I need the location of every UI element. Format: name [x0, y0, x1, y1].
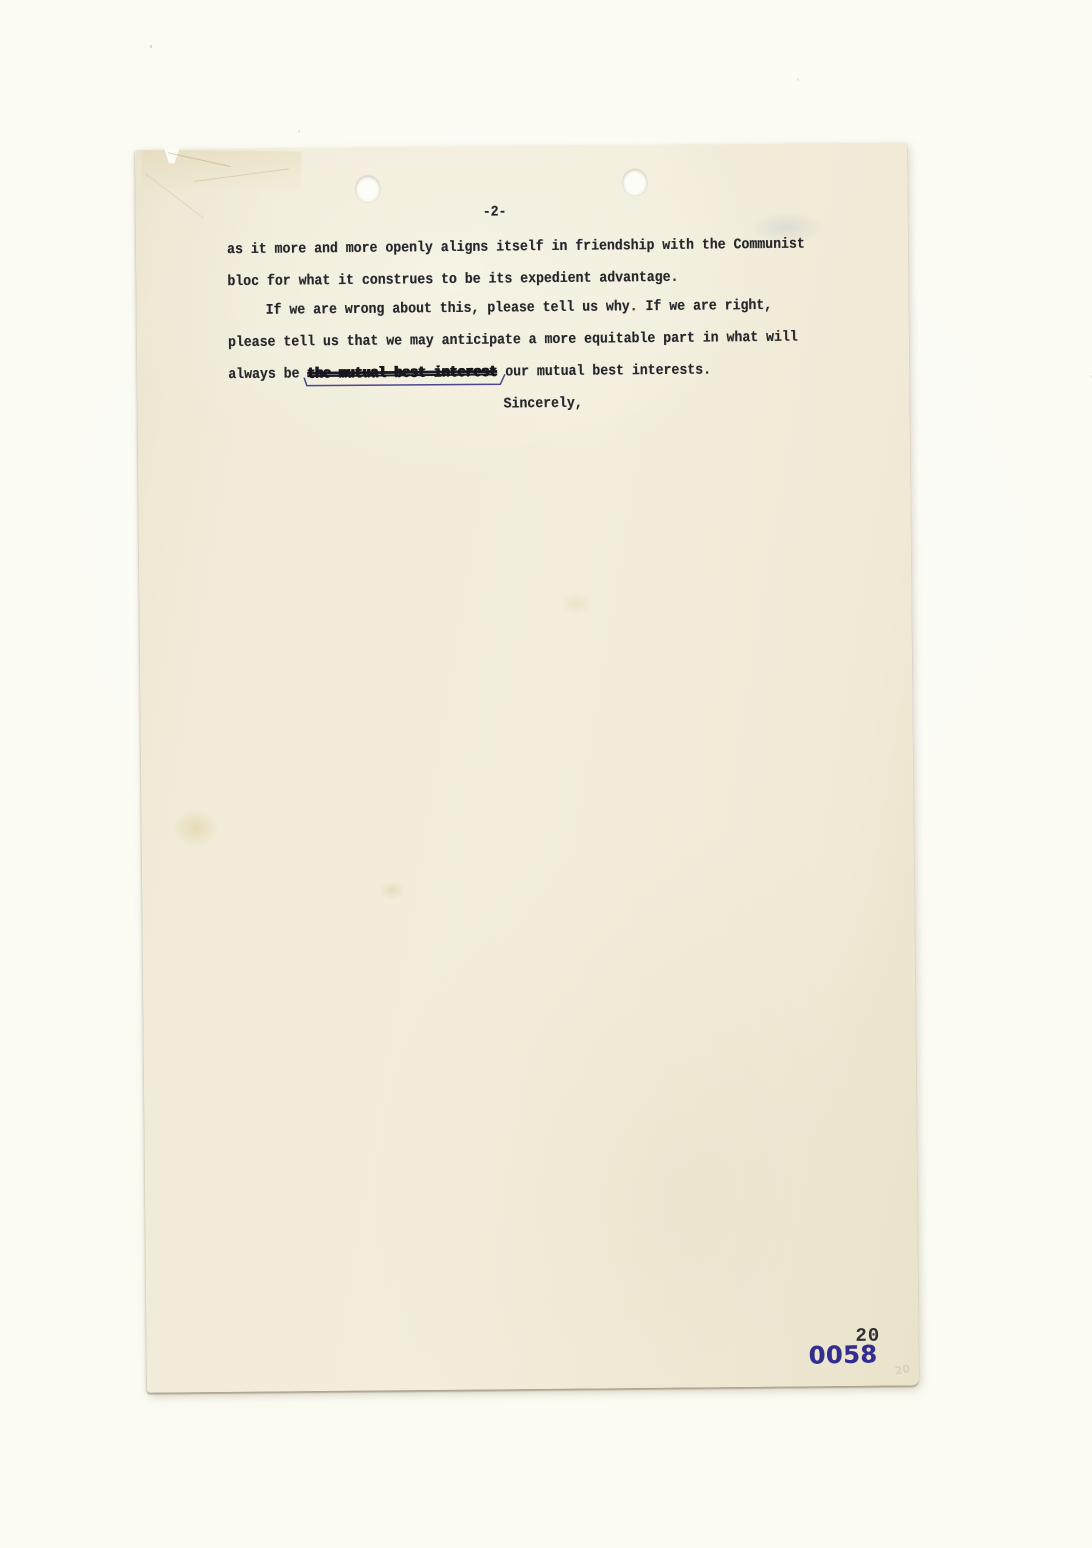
line-prefix: always be: [228, 365, 307, 383]
body-text-line: bloc for what it construes to be its exp…: [227, 269, 678, 290]
closing-salutation: Sincerely,: [503, 394, 582, 412]
hole-punch-right: [622, 169, 647, 196]
page-number: -2-: [483, 203, 507, 220]
archive-stamp-number: 0058: [808, 1340, 877, 1369]
body-text-line: If we are wrong about this, please tell …: [266, 297, 773, 319]
paper-stain: [171, 809, 219, 847]
scan-speckles: [150, 45, 152, 48]
paper-stain: [378, 879, 406, 901]
document-page: -2- as it more and more openly aligns it…: [135, 142, 919, 1392]
ink-bracket-mark: [302, 374, 510, 389]
body-text-line: as it more and more openly aligns itself…: [227, 235, 805, 257]
hole-punch-left: [355, 175, 380, 202]
paper-stain: [559, 591, 593, 615]
body-text-line: please tell us that we may anticipate a …: [228, 328, 798, 350]
pencil-annotation: 20: [894, 1362, 912, 1378]
line-suffix: our mutual best interests.: [497, 361, 711, 380]
scanned-document-background: -2- as it more and more openly aligns it…: [0, 0, 1092, 1548]
